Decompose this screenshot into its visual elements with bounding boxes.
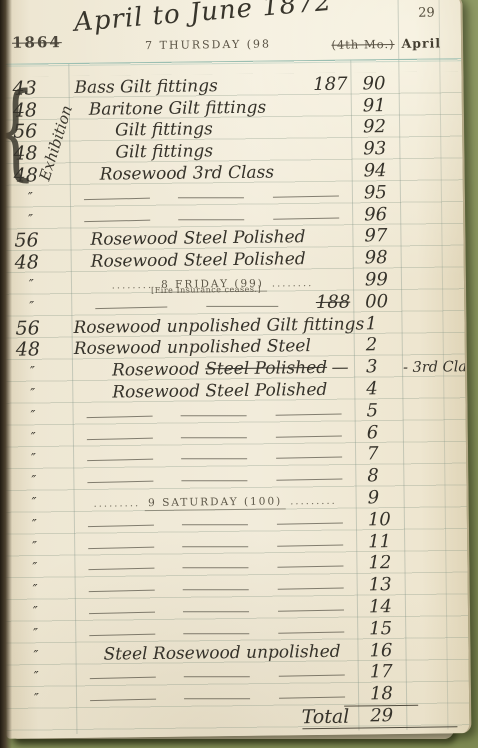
month-prefix-struck: (4th Mo.) (331, 37, 394, 52)
line-number-cell: 5 (355, 401, 403, 422)
ditto-mark: ″ (6, 668, 76, 687)
binding-gutter-shadow (0, 0, 12, 748)
ruled-dash (183, 546, 249, 547)
ruled-dash (277, 522, 343, 524)
line-number-cell: 97 (353, 226, 401, 247)
printed-year-struck: 1864 (12, 33, 62, 52)
total-label: Total (301, 706, 359, 727)
entry-text: Rosewood Steel Polished (91, 250, 306, 272)
ruled-dash (87, 481, 153, 484)
ruled-dash (84, 197, 150, 200)
ruled-dash (278, 631, 344, 633)
ruled-dash (87, 437, 153, 440)
ruled-dash (89, 590, 155, 593)
ruled-dash (90, 677, 156, 680)
carry-number-cell: 188 (302, 292, 354, 313)
ruled-dash (273, 195, 339, 197)
entry-text: Rosewood Steel Polished (90, 228, 305, 250)
ruled-dash (277, 566, 343, 568)
ditto-mark: ″ (4, 559, 74, 578)
line-number-cell: 6 (356, 422, 404, 443)
ledger-row: Total 29 (6, 703, 469, 730)
entry-text-struck: Steel Polished (205, 358, 327, 379)
ruled-dash (178, 197, 244, 198)
carry-number-cell: 187 (299, 74, 351, 95)
handwritten-title: April to June 1872 (73, 0, 333, 38)
line-number-cell: 18 (359, 684, 407, 705)
line-number-cell: 15 (358, 619, 406, 640)
entry-dash: — (327, 358, 348, 378)
ruled-dash (275, 413, 341, 415)
ditto-mark: ″ (5, 581, 75, 600)
line-number-cell: 92 (352, 117, 400, 138)
ruled-dash (181, 459, 247, 460)
ditto-mark: ″ (4, 516, 74, 535)
entry-text: Rosewood 3rd Class (100, 163, 275, 184)
printed-month-area: (4th Mo.) April (331, 35, 441, 51)
scan-background: April to June 1872 29 1864 7 THURSDAY (9… (0, 0, 478, 748)
ruled-dash (206, 306, 278, 307)
line-number-cell: 91 (352, 96, 400, 117)
quantity-cell: 48 (2, 339, 72, 360)
ruled-dash (183, 568, 249, 569)
ditto-mark: ″ (4, 538, 74, 557)
ditto-mark: ″ (5, 603, 75, 622)
line-number-cell: 10 (357, 510, 405, 531)
line-number-cell: 8 (356, 466, 404, 487)
ruled-dash (278, 609, 344, 611)
ruled-dash (273, 217, 339, 219)
entry-text: Gilt fittings (115, 142, 213, 162)
ruled-dash (276, 457, 342, 459)
ditto-mark: ″ (2, 385, 72, 404)
ditto-mark: ″ (3, 472, 73, 491)
line-number-cell: 99 (354, 270, 402, 291)
line-number-cell: 14 (358, 597, 406, 618)
printed-month: April (401, 35, 441, 50)
ruled-dash (182, 524, 248, 525)
line-number-cell: 3 (355, 357, 403, 378)
ruled-dash (183, 589, 249, 590)
ditto-mark: ″ (2, 363, 72, 382)
ruled-dash (278, 675, 344, 677)
ruled-dash (277, 544, 343, 546)
ruled-dash (183, 611, 249, 612)
ditto-mark: ″ (2, 407, 72, 426)
ledger-rows: 43 Bass Gilt fittings 187 90 48 Baritone… (0, 71, 469, 731)
ruled-dash (181, 437, 247, 438)
line-number-cell: 00 (354, 292, 402, 313)
line-number-cell: 4 (355, 379, 403, 400)
diary-page: April to June 1872 29 1864 7 THURSDAY (9… (0, 0, 472, 739)
page-number: 29 (418, 6, 435, 21)
ruled-dash (88, 524, 154, 527)
ditto-mark: ″ (4, 494, 74, 513)
line-number-cell: 98 (354, 248, 402, 269)
ditto-mark: ″ (6, 690, 76, 709)
entry-text-pre: Rosewood (112, 360, 205, 381)
ruled-dash (87, 459, 153, 462)
ruled-dash (184, 633, 250, 634)
entry-text: Baritone Gilt fittings (89, 98, 267, 119)
ruled-dash (184, 698, 250, 699)
quantity-cell (6, 730, 76, 731)
ditto-mark: ″ (3, 450, 73, 469)
ruled-dash (88, 546, 154, 549)
entry-cell: Total (76, 706, 359, 729)
line-number-cell: 13 (358, 575, 406, 596)
line-number-cell: 11 (357, 531, 405, 552)
line-number-cell: 16 (358, 640, 406, 661)
entry-text: Gilt fittings (115, 121, 213, 141)
line-number-cell: 2 (355, 335, 403, 356)
line-number-cell: 95 (353, 183, 401, 204)
printed-day-header: 7 THURSDAY (98 (88, 37, 328, 53)
dotted-leader: ......... (290, 496, 337, 508)
ruled-dash (87, 415, 153, 418)
header-rule (0, 58, 461, 67)
line-number-cell: 94 (353, 161, 401, 182)
annotation-cell: - 3rd Class (403, 358, 465, 377)
ruled-dash (276, 479, 342, 481)
ruled-dash (96, 306, 168, 309)
line-number-cell: 17 (359, 662, 407, 683)
ruled-dash (84, 219, 150, 222)
ditto-mark: ″ (5, 646, 75, 665)
entry-text: Bass Gilt fittings (74, 77, 217, 98)
dotted-leader: ......... (93, 499, 140, 511)
total-value: 29 (359, 706, 407, 727)
ruled-dash (276, 435, 342, 437)
annotation-cell (407, 725, 469, 726)
line-number-cell: 96 (353, 205, 401, 226)
ruled-dash (277, 588, 343, 590)
ruled-dash (89, 612, 155, 615)
ruled-dash (89, 633, 155, 636)
line-number-cell: 90 (351, 74, 399, 95)
line-number-cell: 12 (357, 553, 405, 574)
line-number-cell: 93 (352, 139, 400, 160)
line-number-cell: 9 (357, 488, 405, 509)
ruled-dash (182, 480, 248, 481)
ruled-dash (279, 697, 345, 699)
ruled-dash (184, 677, 250, 678)
ruled-dash (90, 699, 156, 702)
ditto-mark: ″ (3, 429, 73, 448)
ruled-dash (179, 219, 245, 220)
ruled-dash (181, 415, 247, 416)
line-number-cell: 7 (356, 444, 404, 465)
ditto-mark: ″ (5, 625, 75, 644)
ruled-dash (88, 568, 154, 571)
